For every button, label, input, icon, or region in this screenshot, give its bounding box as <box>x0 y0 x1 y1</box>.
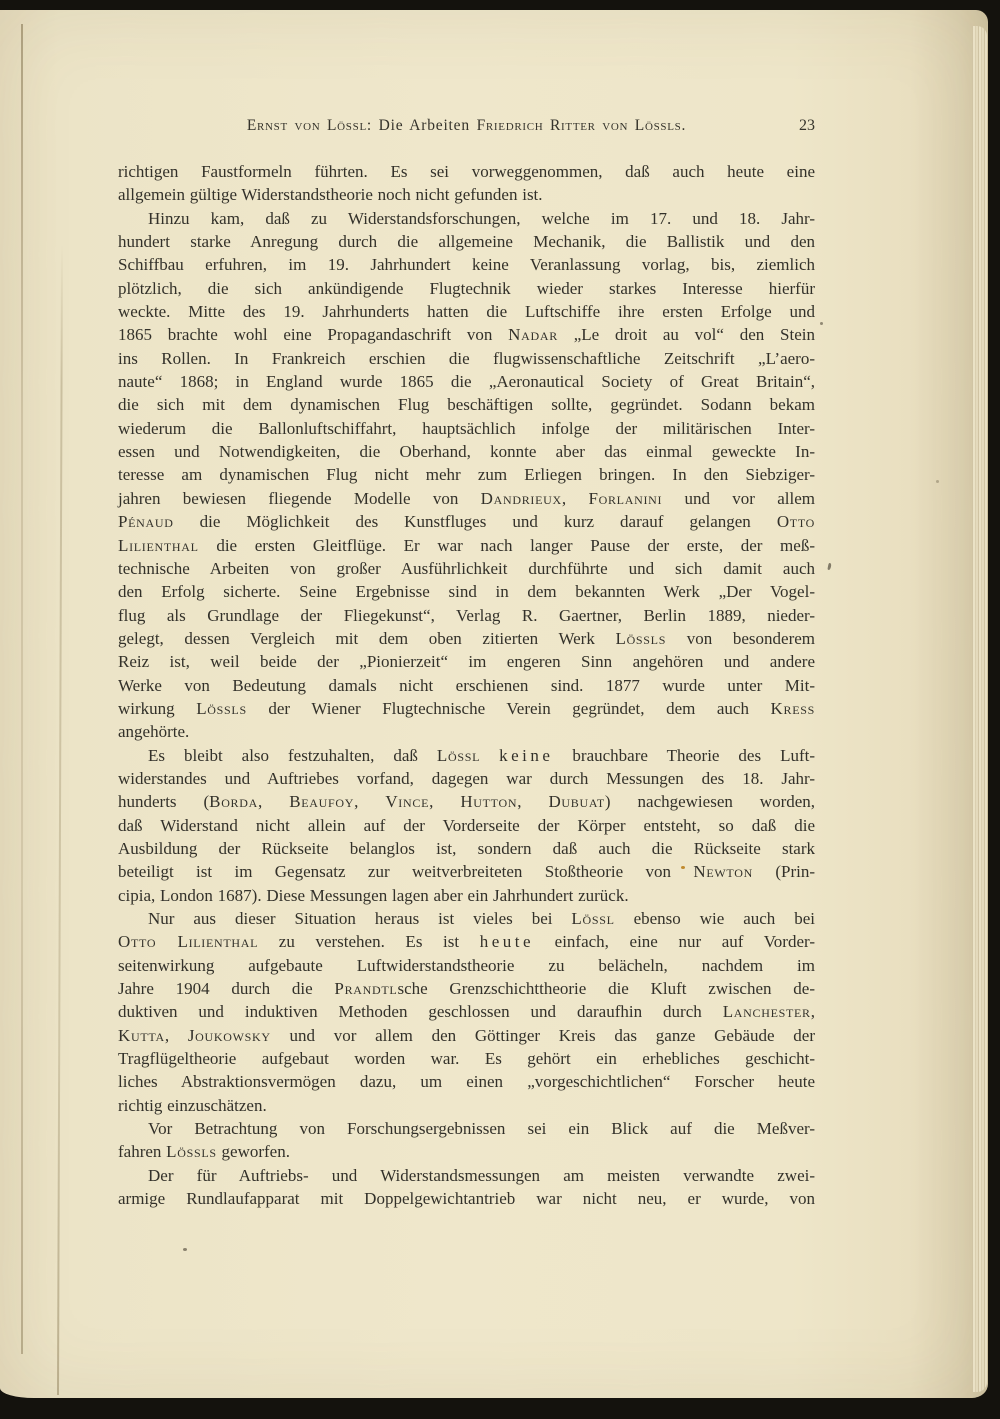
text-line: Werke von Bedeutung damals nicht erschie… <box>118 674 815 697</box>
small-caps-name: Otto <box>777 512 815 531</box>
text-line: Pénaud die Möglichkeit des Kunstfluges u… <box>118 510 815 533</box>
text-line: beteiligt ist im Gegensatz zur weitverbr… <box>118 860 815 883</box>
text-line: 1865 brachte wohl eine Propagandaschrift… <box>118 323 815 346</box>
page-edge-stack <box>972 26 987 1392</box>
small-caps-name: Borda <box>209 792 258 811</box>
text-line: essen und Notwendigkeiten, die Oberhand,… <box>118 440 815 463</box>
text-line: Jahre 1904 durch die Prandtlsche Grenzsc… <box>118 977 815 1000</box>
text-line: die sich mit dem dynamischen Flug beschä… <box>118 393 815 416</box>
text-line: Kutta, Joukowsky und vor allem den Götti… <box>118 1024 815 1047</box>
text-line: teresse am dynamischen Flug nicht mehr z… <box>118 463 815 486</box>
text-line: Reiz ist, weil beide der „Pionierzeit“ i… <box>118 650 815 673</box>
scanned-book-spread: { "colors": { "background": "#14120d", "… <box>0 0 1000 1419</box>
small-caps-name: Newton <box>693 862 753 881</box>
paragraph: Hinzu kam, daß zu Widerstandsforschungen… <box>118 207 815 744</box>
text-line: wiederum die Ballonluftschiffahrt, haupt… <box>118 417 815 440</box>
text-line: cipia, London 1687). Diese Messungen lag… <box>118 884 815 907</box>
text-line: Lilienthal die ersten Gleitflüge. Er war… <box>118 534 815 557</box>
letterspaced-word: heute <box>480 932 534 951</box>
paragraph: Nur aus dieser Situation heraus ist viel… <box>118 907 815 1117</box>
text-line: ins Rollen. In Frankreich erschien die f… <box>118 347 815 370</box>
text-line: duktiven und induktiven Methoden geschlo… <box>118 1000 815 1023</box>
scan-speck <box>183 1248 187 1251</box>
book-page: Ernst von Lössl: Die Arbeiten Friedrich … <box>0 10 988 1398</box>
text-line: Hinzu kam, daß zu Widerstandsforschungen… <box>118 207 815 230</box>
page-number: 23 <box>799 117 815 135</box>
text-block: richtigen Faustformeln führten. Es sei v… <box>118 160 815 1210</box>
scan-speck <box>820 322 823 325</box>
text-line: Der für Auftriebs- und Widerstandsmessun… <box>118 1164 815 1187</box>
text-line: weckte. Mitte des 19. Jahrhunderts hatte… <box>118 300 815 323</box>
text-line: den Erfolg sicherte. Seine Ergebnisse si… <box>118 580 815 603</box>
text-line: Ausbildung der Rückseite belanglos ist, … <box>118 837 815 860</box>
text-line: armige Rundlaufapparat mit Doppelgewicht… <box>118 1187 815 1210</box>
small-caps-name: Hutton <box>460 792 517 811</box>
small-caps-name: Kutta <box>118 1026 165 1045</box>
paragraph: Der für Auftriebs- und Widerstandsmessun… <box>118 1164 815 1211</box>
paragraph: Vor Betrachtung von Forschungsergebnisse… <box>118 1117 815 1164</box>
small-caps-name: Friedrich Ritter von Lössls <box>477 117 682 134</box>
text-line: technische Arbeiten von großer Ausführli… <box>118 557 815 580</box>
small-caps-name: Lössls <box>166 1142 217 1161</box>
letterspaced-word: keine <box>499 746 553 765</box>
small-caps-name: Joukowsky <box>188 1026 271 1045</box>
small-caps-name: Prandtl <box>334 979 397 998</box>
text-line: allgemein gültige Widerstandstheorie noc… <box>118 183 815 206</box>
text-line: Es bleibt also festzuhalten, daß Lössl k… <box>118 744 815 767</box>
small-caps-name: Lössl <box>437 746 480 765</box>
page-fold-line <box>21 24 23 1354</box>
scan-speck <box>827 563 831 570</box>
small-caps-name: Beaufoy <box>289 792 354 811</box>
small-caps-name: Nadar <box>508 325 558 344</box>
running-title: Ernst von Lössl: Die Arbeiten Friedrich … <box>118 117 815 135</box>
text-line: plötzlich, die sich ankündigende Flugtec… <box>118 277 815 300</box>
text-line: naute“ 1868; in England wurde 1865 die „… <box>118 370 815 393</box>
text-line: flug als Grundlage der Fliegekunst“, Ver… <box>118 604 815 627</box>
small-caps-name: Lössls <box>615 629 666 648</box>
small-caps-name: Lössl <box>571 909 614 928</box>
text-line: liches Abstraktionsvermögen dazu, um ein… <box>118 1070 815 1093</box>
page-header: Ernst von Lössl: Die Arbeiten Friedrich … <box>118 117 815 141</box>
text-line: wirkung Lössls der Wiener Flugtechnische… <box>118 697 815 720</box>
text-line: Nur aus dieser Situation heraus ist viel… <box>118 907 815 930</box>
text-line: richtig einzuschätzen. <box>118 1094 815 1117</box>
small-caps-name: Ernst von Lössl <box>247 117 367 134</box>
text-line: Tragflügeltheorie aufgebaut worden war. … <box>118 1047 815 1070</box>
text-line: Vor Betrachtung von Forschungsergebnisse… <box>118 1117 815 1140</box>
text-line: hunderts (Borda, Beaufoy, Vince, Hutton,… <box>118 790 815 813</box>
small-caps-name: Lilienthal <box>118 536 199 555</box>
small-caps-name: Pénaud <box>118 512 174 531</box>
text-line: gelegt, dessen Vergleich mit dem oben zi… <box>118 627 815 650</box>
small-caps-name: Vince <box>385 792 429 811</box>
text-line: jahren bewiesen fliegende Modelle von Da… <box>118 487 815 510</box>
scan-speck <box>936 480 939 483</box>
text-line: fahren Lössls geworfen. <box>118 1140 815 1163</box>
paragraph: Es bleibt also festzuhalten, daß Lössl k… <box>118 744 815 907</box>
small-caps-name: Lanchester <box>723 1002 811 1021</box>
small-caps-name: Kress <box>771 699 815 718</box>
text-line: daß Widerstand nicht allein auf der Vord… <box>118 814 815 837</box>
text-line: seitenwirkung aufgebaute Luftwiderstands… <box>118 954 815 977</box>
paragraph: richtigen Faustformeln führten. Es sei v… <box>118 160 815 207</box>
small-caps-name: Dubuat <box>548 792 604 811</box>
text-line: richtigen Faustformeln führten. Es sei v… <box>118 160 815 183</box>
small-caps-name: Lössls <box>196 699 247 718</box>
text-line: Schiffbau erfuhren, im 19. Jahrhundert k… <box>118 253 815 276</box>
text-line: widerstandes und Auftriebes vorfand, dag… <box>118 767 815 790</box>
text-line: Otto Lilienthal zu verstehen. Es ist heu… <box>118 930 815 953</box>
text-line: hundert starke Anregung durch die allgem… <box>118 230 815 253</box>
small-caps-name: Otto Lilienthal <box>118 932 258 951</box>
small-caps-name: Forlanini <box>588 489 662 508</box>
page-fold-line <box>57 245 63 1395</box>
text-line: angehörte. <box>118 720 815 743</box>
small-caps-name: Dandrieux <box>481 489 562 508</box>
